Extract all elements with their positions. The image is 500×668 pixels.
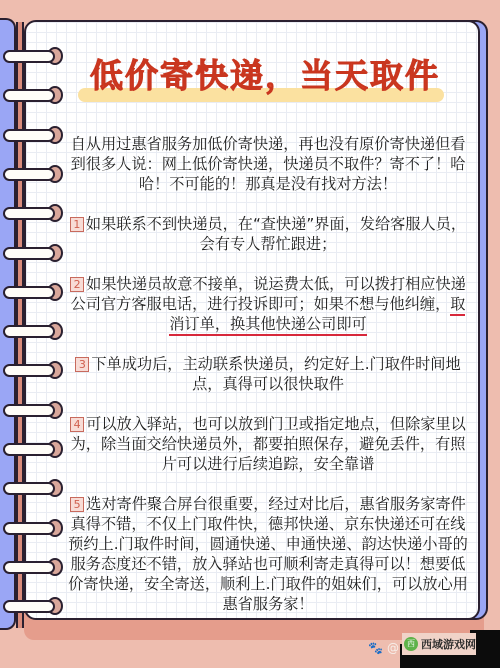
binding-ring bbox=[3, 325, 55, 339]
content: 自从用过惠省服务加低价寄快递，再也没有原价寄快递但看到很多人说：网上低价寄快递，… bbox=[68, 134, 468, 634]
tip-text: 可以放入驿站，也可以放到门卫或指定地点，但除家里以为，除当面交给快递员外，都要拍… bbox=[71, 415, 466, 473]
ring-bar bbox=[3, 561, 55, 574]
paw-icon: 🐾 bbox=[368, 641, 383, 655]
binding-ring bbox=[3, 168, 55, 182]
binding-ring bbox=[3, 247, 55, 261]
ring-bar bbox=[3, 443, 55, 456]
ring-bar bbox=[3, 404, 55, 417]
ring-bar bbox=[3, 89, 55, 102]
at-icon: @ bbox=[387, 641, 399, 655]
binding-ring bbox=[3, 129, 55, 143]
tip-item-2: 2如果快递员故意不接单，说运费太低，可以拨打相应快递公司官方客服电话，进行投诉即… bbox=[68, 274, 468, 334]
binding-ring bbox=[3, 561, 55, 575]
number-badge: 3 bbox=[75, 357, 89, 372]
watermark: 🐾 @ bbox=[368, 638, 399, 658]
back-cover-left bbox=[0, 18, 16, 630]
binding-ring bbox=[3, 443, 55, 457]
number-badge: 4 bbox=[70, 417, 84, 432]
tip-text: 如果快递员故意不接单，说运费太低，可以拨打相应快递公司官方客服电话，进行投诉即可… bbox=[71, 275, 466, 313]
binding-ring bbox=[3, 207, 55, 221]
number-badge: 2 bbox=[70, 277, 84, 292]
watermark-text: 西域游戏网 bbox=[421, 636, 476, 652]
title-block: 低价寄快递，当天取件 bbox=[60, 52, 470, 112]
intro-paragraph: 自从用过惠省服务加低价寄快递，再也没有原价寄快递但看到很多人说：网上低价寄快递，… bbox=[68, 134, 468, 194]
ring-bar bbox=[3, 50, 55, 63]
tip-item-1: 1如果联系不到快递员，在“查快递”界面，发给客服人员，会有专人帮忙跟进； bbox=[68, 214, 468, 254]
tip-item-4: 4可以放入驿站，也可以放到门卫或指定地点，但除家里以为，除当面交给快递员外，都要… bbox=[68, 414, 468, 474]
ring-bar bbox=[3, 364, 55, 377]
binding-ring bbox=[3, 404, 55, 418]
ring-bar bbox=[3, 168, 55, 181]
ring-bar bbox=[3, 522, 55, 535]
number-badge: 1 bbox=[70, 217, 84, 232]
ring-bar bbox=[3, 286, 55, 299]
ring-bar bbox=[3, 129, 55, 142]
binding-ring bbox=[3, 89, 55, 103]
number-badge: 5 bbox=[70, 497, 84, 512]
tip-item-5: 5选对寄件聚合屏台很重要，经过对比后，惠省服务家寄件真得不错，不仅上门取件快，德… bbox=[68, 494, 468, 614]
ring-bar bbox=[3, 207, 55, 220]
watermark-badge: 西 西域游戏网 bbox=[402, 633, 476, 655]
binding-ring bbox=[3, 482, 55, 496]
binding-ring bbox=[3, 50, 55, 64]
ring-bar bbox=[3, 600, 55, 613]
binding-ring bbox=[3, 522, 55, 536]
ring-bar bbox=[3, 482, 55, 495]
page-title: 低价寄快递，当天取件 bbox=[60, 52, 470, 100]
tip-text: 如果联系不到快递员，在“查快递”界面，发给客服人员，会有专人帮忙跟进； bbox=[86, 215, 466, 253]
ring-bar bbox=[3, 247, 55, 260]
ring-bar bbox=[3, 325, 55, 338]
binding-ring bbox=[3, 600, 55, 614]
binding-ring bbox=[3, 286, 55, 300]
tip-text: 选对寄件聚合屏台很重要，经过对比后，惠省服务家寄件真得不错，不仅上门取件快，德邦… bbox=[68, 495, 468, 613]
binding-ring bbox=[3, 364, 55, 378]
site-logo-icon: 西 bbox=[404, 637, 418, 651]
tip-item-3: 3下单成功后，主动联系快递员，约定好上.门取件时间地点，真得可以很快取件 bbox=[68, 354, 468, 394]
tip-text: 下单成功后，主动联系快递员，约定好上.门取件时间地点，真得可以很快取件 bbox=[91, 355, 460, 393]
